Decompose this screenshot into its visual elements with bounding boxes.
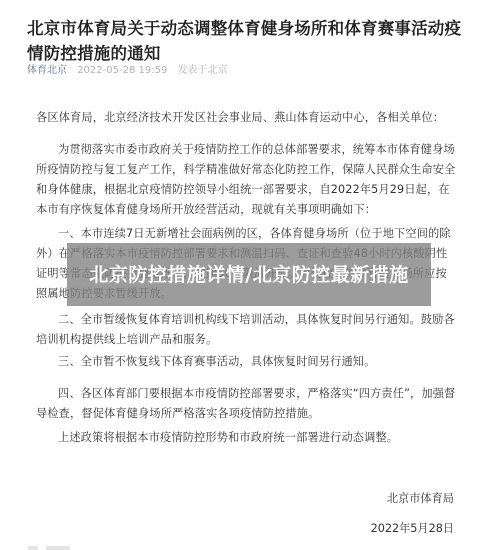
publish-location: 发表于北京	[178, 65, 228, 76]
caption-text: 北京防控措施详情/北京防控最新措施	[79, 264, 419, 286]
paragraph-closing: 上述政策将根据本市疫情防控形势和市政府统一部署进行动态调整。	[36, 428, 456, 448]
article-meta: 体育北京 2022-05-28 19:59 发表于北京	[27, 64, 228, 78]
paragraph-item-3: 三、全市暂不恢复线下体育赛事活动，具体恢复时间另行通知。	[36, 352, 456, 372]
author-link[interactable]: 体育北京	[27, 65, 67, 76]
salutation: 各区体育局，北京经济技术开发区社会事业局、燕山体育运动中心，各相关单位：	[36, 108, 456, 128]
signature-org: 北京市体育局	[387, 489, 454, 509]
paragraph-item-2: 二、全市暂缓恢复体育培训机构线下培训活动，具体恢复时间另行通知。鼓励各培训机构提…	[36, 310, 456, 350]
footer-fragment	[28, 546, 70, 550]
paragraph-intro: 为贯彻落实市委市政府关于疫情防控工作的总体部署要求，统筹本市体育健身场所疫情防控…	[36, 140, 456, 220]
article-title: 北京市体育局关于动态调整体育健身场所和体育赛事活动疫情防控措施的通知	[27, 16, 477, 66]
caption-overlay: 北京防控措施详情/北京防控最新措施	[67, 243, 431, 306]
publish-time: 2022-05-28 19:59	[77, 65, 167, 76]
paragraph-item-4: 四、各区体育部门要根据本市疫情防控部署要求，严格落实“四方责任”，加强督导检查，…	[36, 384, 456, 424]
signature-date: 2022年5月28日	[371, 519, 454, 539]
